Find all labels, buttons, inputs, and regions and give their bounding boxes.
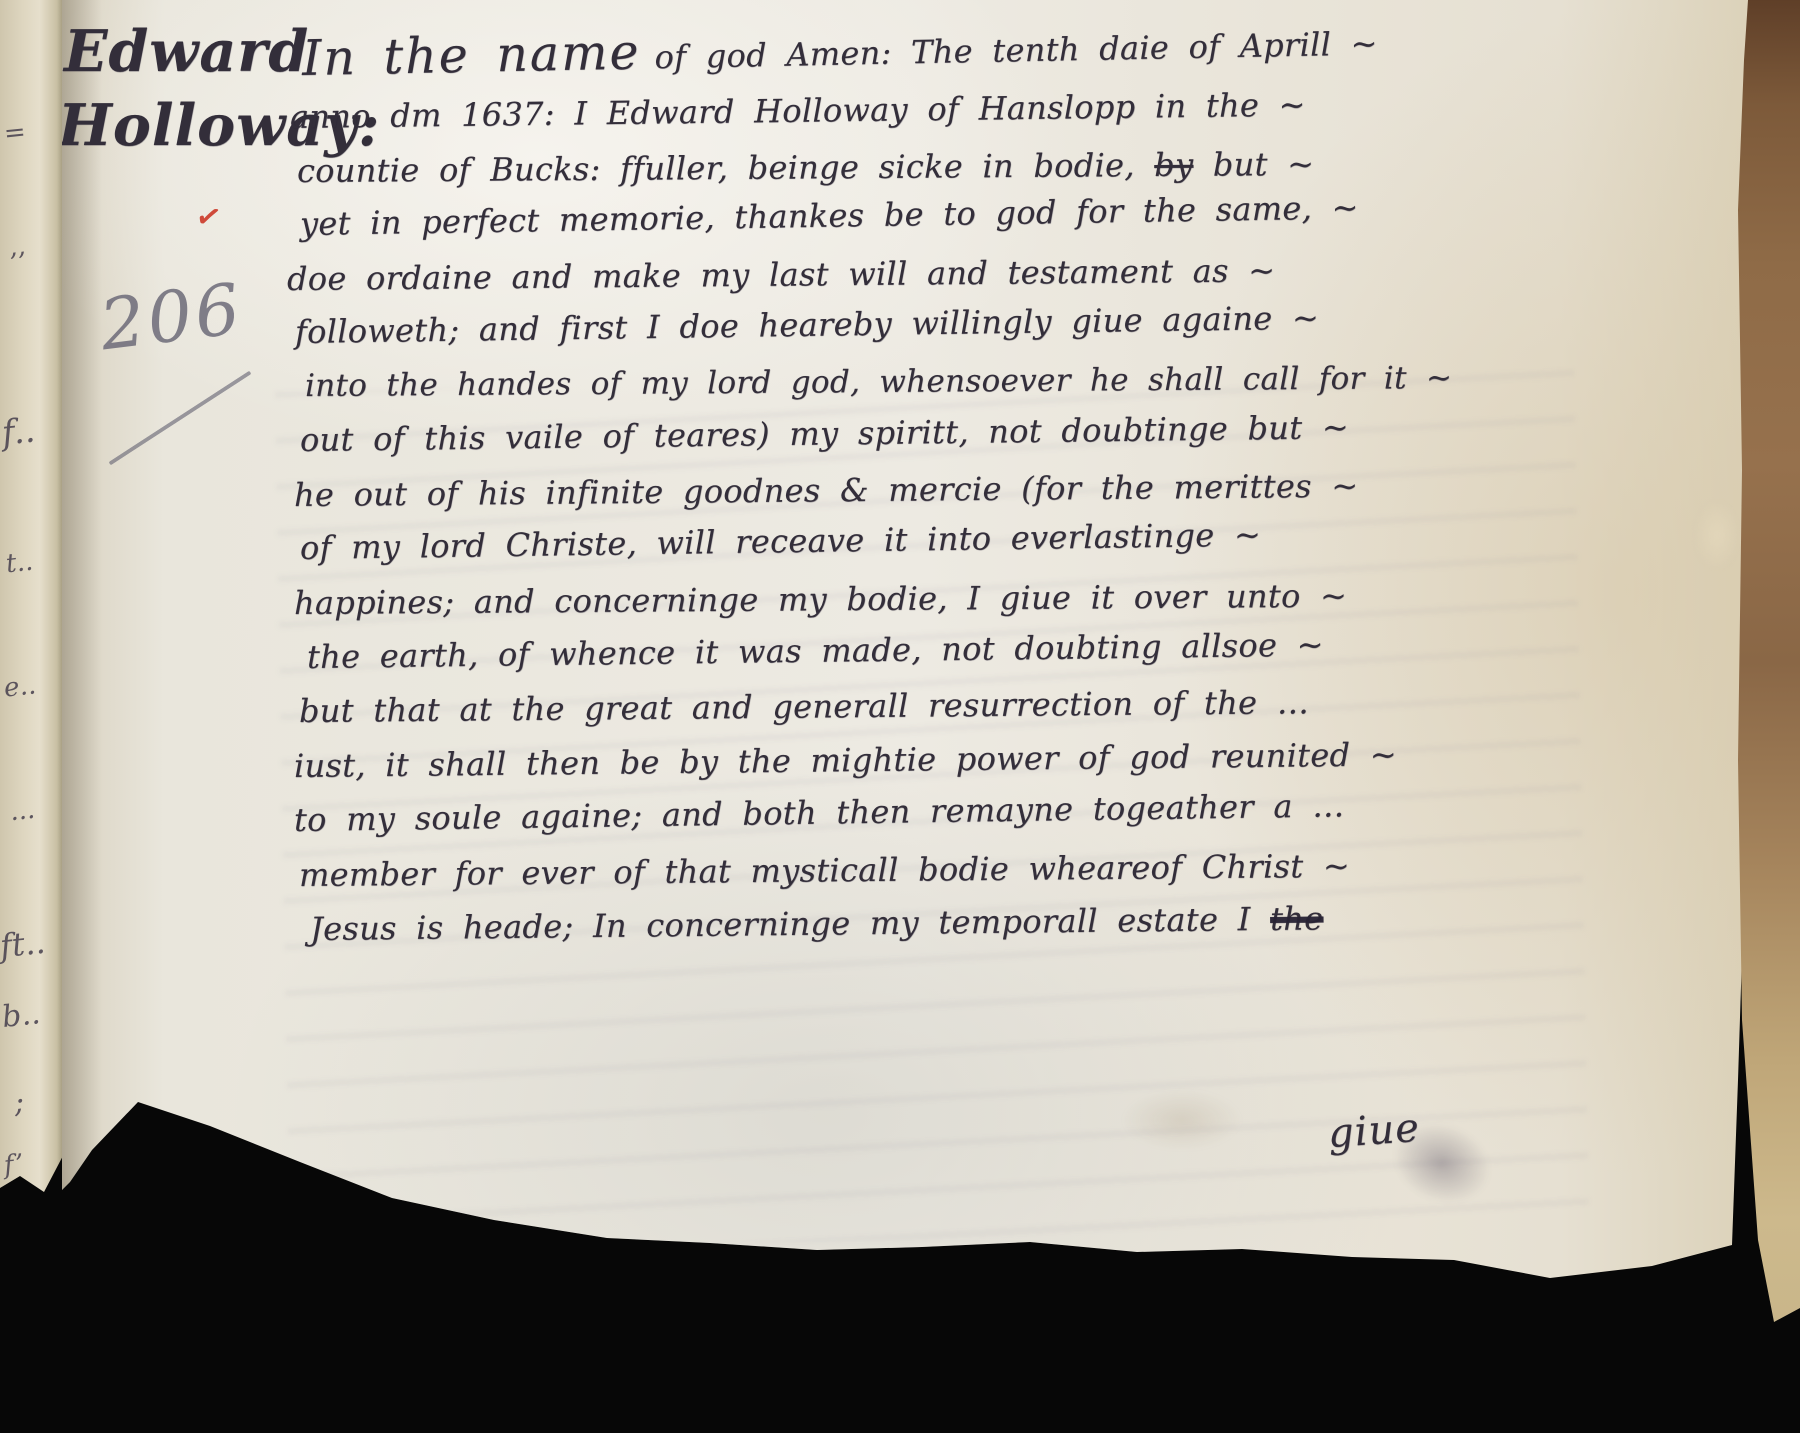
gutter-text-fragment: = [2,117,27,149]
manuscript-line: yet in perfect memorie, thankes be to go… [300,188,1359,243]
previous-page-edge: = ’’ f.. t.. e.. ... ft.. b.. ; f’ [0,0,66,1196]
margin-heading-forename: Edward [64,18,309,85]
book-foredge-stack [1730,0,1800,1325]
red-check-mark: ✓ [193,198,225,237]
manuscript-page: Edward Holloway: ✓ 206 In the nameof god… [62,0,1762,1312]
gutter-text-fragment: ft.. [0,923,47,966]
gutter-text-fragment: e.. [3,670,38,703]
gutter-text-fragment: ’’ [8,247,28,279]
manuscript-line: countie of Bucks: ffuller, beinge sicke … [297,145,1315,190]
struck-out-word: by [1154,146,1193,184]
paper-repair-patch [1694,500,1740,570]
opening-words: In the name [301,23,655,87]
gutter-crease-shadow [62,0,102,1200]
gutter-text-fragment: t.. [5,547,35,580]
manuscript-line: followeth; and first I doe heareby willi… [295,299,1320,351]
gutter-text-fragment: b.. [0,996,42,1035]
line-text: of god Amen: The tenth daie of Aprill ~ [654,24,1378,76]
gutter-text-fragment: ; [12,1085,26,1121]
line-text: countie of Bucks: ffuller, beinge sicke … [297,146,1154,190]
manuscript-photo: = ’’ f.. t.. e.. ... ft.. b.. ; f’ Edwar… [0,0,1800,1433]
line-text: but ~ [1193,145,1314,184]
pencil-folio-number: 206 [96,268,248,367]
scribbled-out-word: the [1270,899,1324,938]
manuscript-line: doe ordaine and make my last will and te… [287,251,1276,298]
manuscript-line: happines; and concerninge my bodie, I gi… [294,577,1347,622]
gutter-text-fragment: f’ [2,1149,25,1181]
manuscript-line: anno dm 1637: I Edward Holloway of Hansl… [290,86,1306,136]
manuscript-line: In the nameof god Amen: The tenth daie o… [301,9,1378,87]
gutter-text-fragment: ... [8,795,36,827]
gutter-text-fragment: f.. [0,410,37,453]
paper-stain [1122,1090,1242,1150]
pencil-slash-mark [108,371,251,466]
